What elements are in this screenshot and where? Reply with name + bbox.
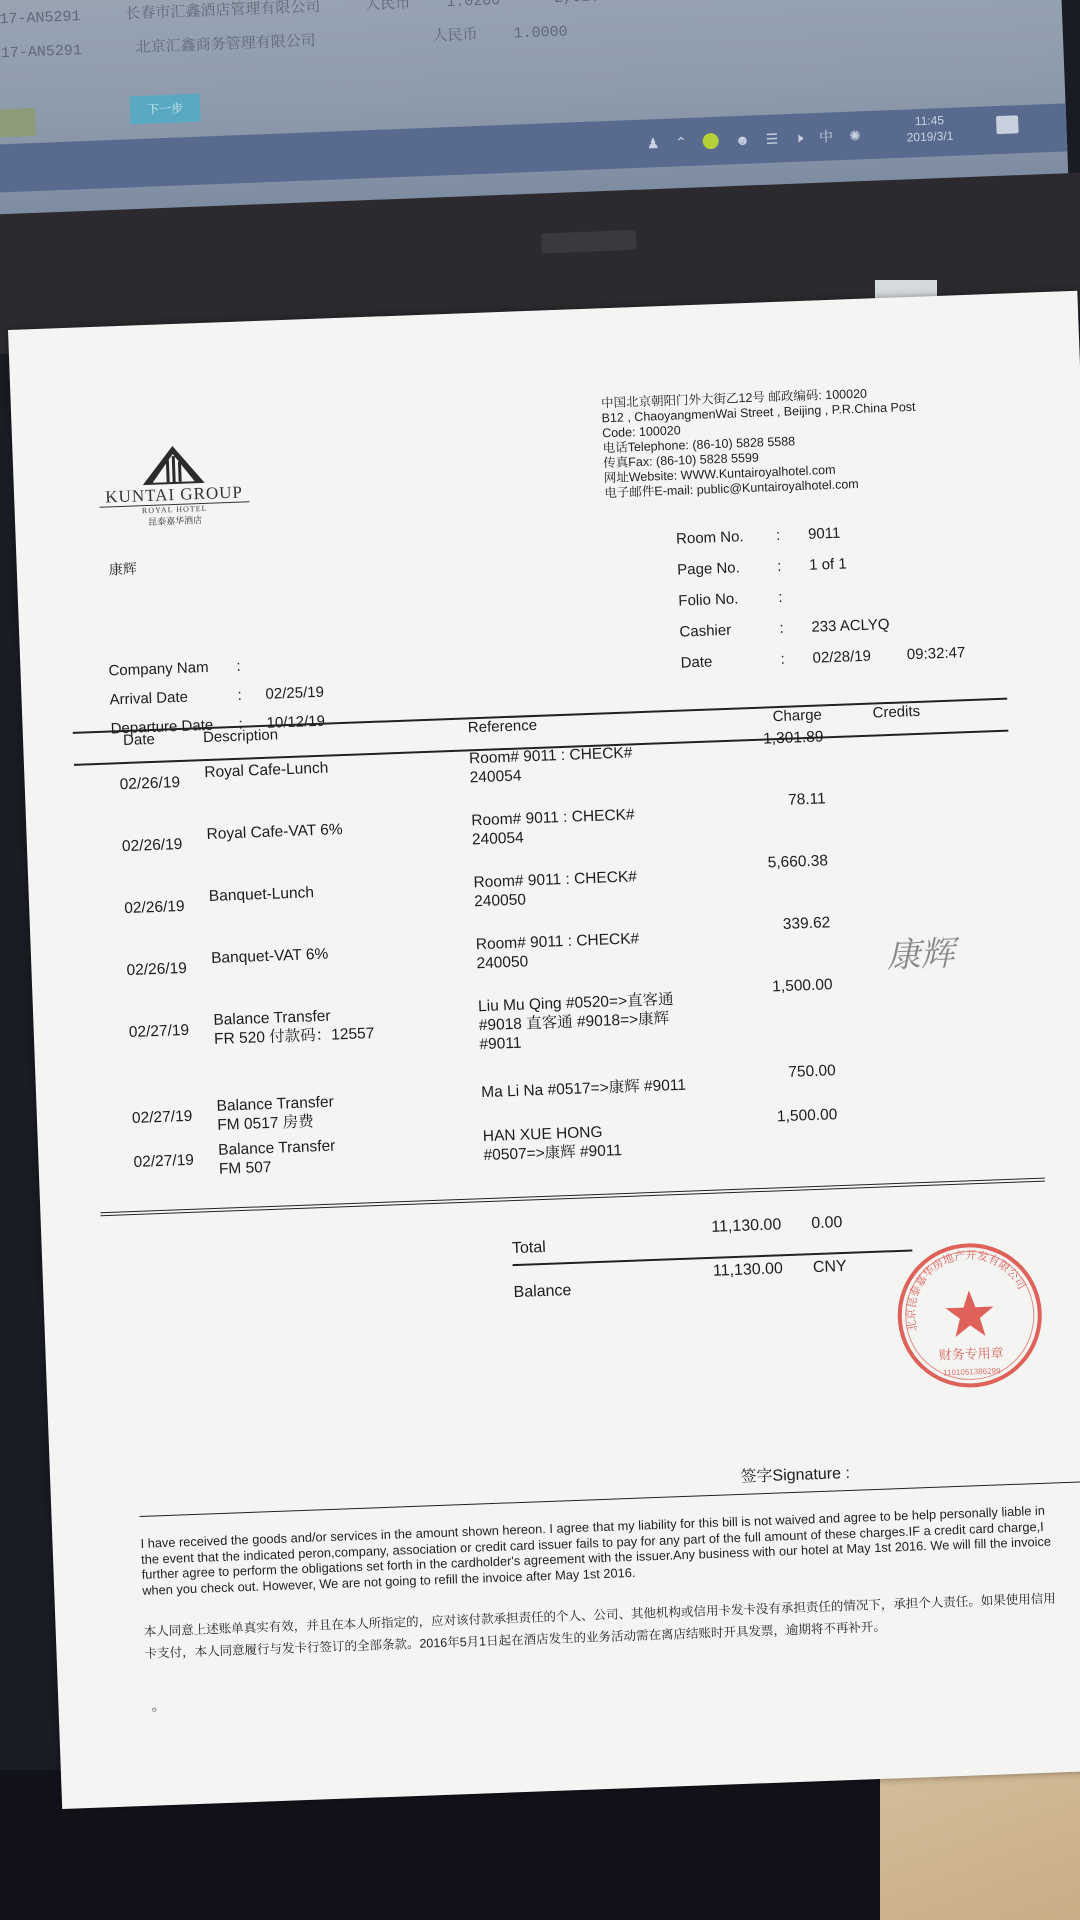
row-description-line: FM 0517 房费 [217,1112,335,1135]
row-reference: HAN XUE HONG#0507=>康辉 #9011 [483,1122,623,1165]
print-date: 02/28/19 [812,641,871,674]
row-description-line: Royal Cafe-VAT 6% [206,820,343,844]
row-charge: 1,500.00 [737,1106,838,1128]
balance-label: Balance [513,1282,571,1302]
arrival-date: 02/25/19 [265,678,324,709]
mountain-logo-icon [137,443,208,488]
cashier: 233 ACLYQ [811,609,890,643]
row-date: 02/27/19 [133,1152,194,1172]
hotel-address: 中国北京朝阳门外大街乙12号 邮政编码: 100020 B12 , Chaoya… [601,385,919,501]
hotel-folio-paper: KUNTAI GROUP ROYAL HOTEL 昆泰嘉华酒店 中国北京朝阳门外… [8,291,1080,1809]
row-date: 02/26/19 [119,774,180,794]
system-tray: ♟ ⌃ ☻ ☰ 🕨 中 ✺ [646,125,861,153]
totals: Total 11,130.00 0.00 Balance 11,130.00 C… [511,1198,911,1213]
row-description-line: FM 507 [219,1156,337,1179]
disclaimer-chinese: 本人同意上述账单真实有效，并且在本人所指定的，应对该付款承担责任的个人、公司、其… [143,1587,1064,1665]
volume-icon[interactable]: 🕨 [794,129,803,146]
row-description: Royal Cafe-VAT 6% [206,820,343,844]
row-reference-line: Ma Li Na #0517=>康辉 #9011 [481,1076,686,1102]
screen-row: …117-AN5291 北京汇鑫商务管理有限公司 人民币 1.0000 [0,19,568,62]
balance-value: 11,130.00 [663,1260,784,1282]
page-number: 1 of 1 [809,548,848,580]
row-description-line: Banquet-VAT 6% [211,945,329,968]
row-reference: Room# 9011 : CHECK#240054 [469,743,634,787]
print-time: 09:32:47 [906,637,965,670]
row-date: 02/26/19 [122,836,183,856]
room-number: 9011 [807,518,840,550]
app-icon[interactable] [703,133,720,150]
trailing-mark: 。 [151,1695,166,1715]
folio-info: Room No.:9011 Page No.:1 of 1 Folio No.:… [676,513,966,678]
taskbar-clock[interactable]: 11:45 2019/3/1 [906,112,954,146]
bezel-latch [541,230,637,254]
total-charge: 11,130.00 [661,1216,782,1238]
row-reference: Room# 9011 : CHECK#240050 [473,867,638,911]
row-charge: 339.62 [730,914,831,936]
hotel-logo: KUNTAI GROUP ROYAL HOTEL 昆泰嘉华酒店 [97,441,250,529]
screen-row: …117-AN5291 长春市汇鑫酒店管理有限公司 人民币 1.0200 2,0… [0,0,770,29]
chevron-up-icon[interactable]: ⌃ [675,133,687,150]
row-description: Royal Cafe-Lunch [204,759,329,783]
row-reference: Liu Mu Qing #0520=>直客通#9018 直客通 #9018=>康… [478,990,676,1054]
row-date: 02/27/19 [132,1108,193,1128]
network-icon[interactable]: ☰ [765,130,778,147]
signature-label: 签字Signature : [740,1460,850,1487]
total-label: Total [512,1239,546,1258]
row-charge: 5,660.38 [728,852,829,874]
people-icon[interactable]: ♟ [646,135,659,152]
row-date: 02/26/19 [124,898,185,918]
total-credits: 0.00 [811,1214,843,1233]
row-description: Balance TransferFM 507 [218,1137,337,1179]
disclaimer-english: I have received the goods and/or service… [140,1502,1062,1598]
notification-icon[interactable] [996,115,1019,134]
balance-currency: CNY [813,1258,847,1277]
row-reference: Room# 9011 : CHECK#240054 [471,805,636,849]
screen-button-left[interactable] [0,108,36,138]
row-description: Balance TransferFM 0517 房费 [216,1093,335,1135]
row-date: 02/26/19 [126,960,187,980]
row-charge: 1,500.00 [732,976,833,998]
guest-name: 康辉 [108,558,137,579]
row-description: Banquet-VAT 6% [211,945,329,968]
row-charge: 78.11 [725,790,826,812]
row-description-line: Royal Cafe-Lunch [204,759,329,783]
row-description-line: Banquet-Lunch [209,883,315,906]
row-reference: Ma Li Na #0517=>康辉 #9011 [481,1076,686,1102]
screen-next-button[interactable]: 下一步 [130,94,201,125]
row-date: 02/27/19 [129,1022,190,1042]
handwritten-signature: 康辉 [886,926,956,977]
row-reference-line: #0507=>康辉 #9011 [483,1141,622,1165]
qq-icon[interactable]: ☻ [735,132,750,149]
row-description: Banquet-Lunch [209,883,315,906]
row-charge: 1,301.89 [723,728,824,750]
app2-icon[interactable]: ✺ [849,127,861,144]
company-seal-stamp: 北京昆泰嘉华房地产开发有限公司 财务专用章 1101051386299 [892,1238,1047,1393]
svg-text:财务专用章: 财务专用章 [938,1345,1004,1362]
row-reference: Room# 9011 : CHECK#240050 [475,929,640,973]
row-description: Balance TransferFR 520 付款码：12557 [213,1005,375,1049]
row-charge: 750.00 [735,1062,836,1084]
ime-icon[interactable]: 中 [819,126,834,147]
